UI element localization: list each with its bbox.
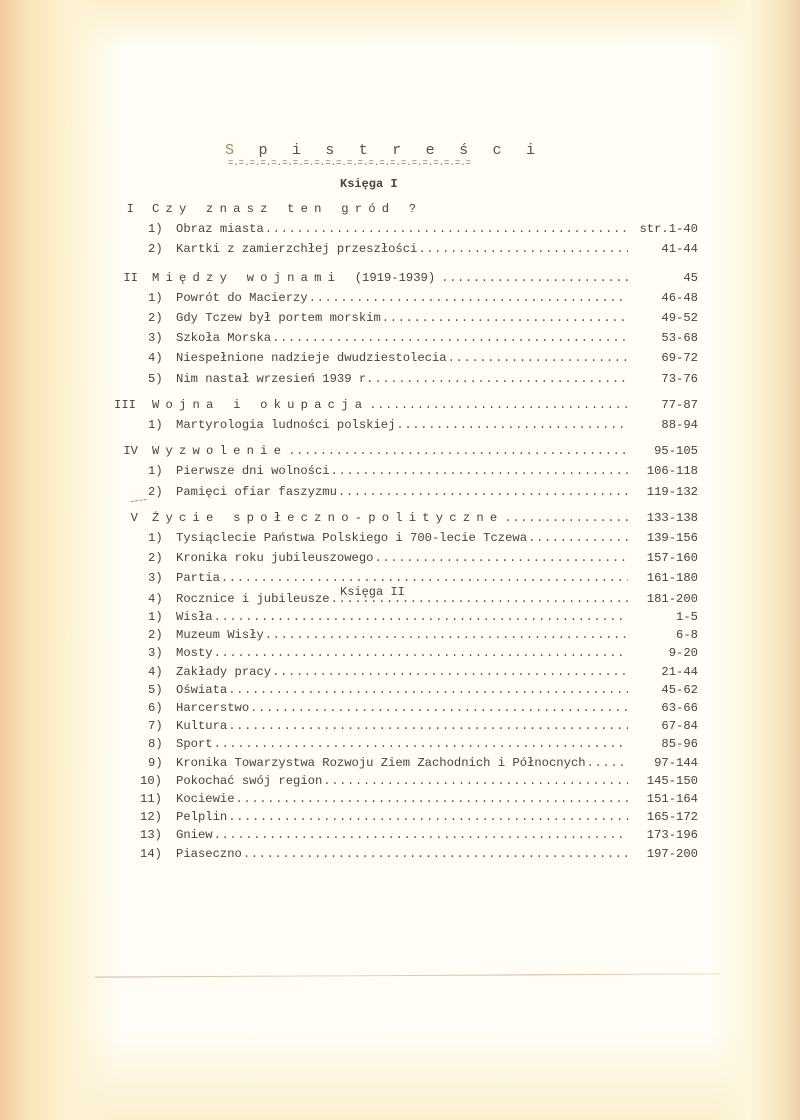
page-range: 106-118 bbox=[647, 462, 698, 480]
document-title: Spistreści bbox=[225, 142, 545, 159]
entry-number: 8) bbox=[148, 735, 163, 753]
page-range: 73-76 bbox=[661, 370, 698, 388]
toc-entry-row: 2)Kronika roku jubileuszowego...........… bbox=[0, 549, 698, 567]
entry-title: Rocznice i jubileusze bbox=[176, 590, 330, 608]
page-range: 1-5 bbox=[676, 608, 698, 626]
title-letter: p bbox=[258, 142, 267, 159]
entry-title: Martyrologia ludności polskiej bbox=[176, 416, 395, 434]
entry-title: Gdy Tczew był portem morskim bbox=[176, 309, 381, 327]
entry-number: 2) bbox=[148, 626, 163, 644]
title-letter: i bbox=[292, 142, 301, 159]
dot-leader: ........................................… bbox=[374, 370, 628, 388]
page-range: 9-20 bbox=[669, 644, 698, 662]
title-underline: =.=.=.=.=.=.=.=.=.=.=.=.=.=.=.=.=.=.=.=.… bbox=[228, 158, 528, 168]
entry-title: Pierwsze dni wolności bbox=[176, 462, 330, 480]
dot-leader: ........................................… bbox=[309, 289, 628, 307]
page-range: 133-138 bbox=[647, 509, 698, 527]
page-range: 197-200 bbox=[647, 845, 698, 863]
entry-title: Kronika roku jubileuszowego bbox=[176, 549, 373, 567]
page-range: 53-68 bbox=[661, 329, 698, 347]
toc-entry-row: 12)Pelplin..............................… bbox=[0, 808, 698, 826]
page-range: 49-52 bbox=[661, 309, 698, 327]
toc-entry-row: 10)Pokochać swój region.................… bbox=[0, 772, 698, 790]
entry-number: 2) bbox=[148, 549, 163, 567]
entry-title: Oświata bbox=[176, 681, 227, 699]
section-title: Wyzwolenie bbox=[152, 442, 287, 460]
section-title: Czy znasz ten gród ? bbox=[152, 200, 422, 218]
entry-number: 14) bbox=[140, 845, 162, 863]
section-roman-numeral: II bbox=[108, 269, 138, 287]
entry-number: 4) bbox=[148, 349, 163, 367]
dot-leader: ........................................… bbox=[448, 349, 628, 367]
entry-title: Niespełnione nadzieje dwudziestolecia bbox=[176, 349, 447, 367]
section-title-suffix: (1919-1939) bbox=[355, 271, 435, 285]
entry-title: Powrót do Macierzy bbox=[176, 289, 308, 307]
dot-leader: ........................................… bbox=[272, 663, 628, 681]
page-range: 165-172 bbox=[647, 808, 698, 826]
entry-title: Partia bbox=[176, 569, 220, 587]
entry-number: 3) bbox=[148, 644, 163, 662]
title-letter: t bbox=[359, 142, 368, 159]
toc-entry-row: 6)Harcerstwo............................… bbox=[0, 699, 698, 717]
entry-number: 13) bbox=[140, 826, 162, 844]
entry-title: Mosty bbox=[176, 644, 213, 662]
entry-title: Wisła bbox=[176, 608, 213, 626]
toc-entry-row: 1)Martyrologia ludności polskiej........… bbox=[0, 416, 698, 434]
dot-leader: ........................................… bbox=[382, 309, 628, 327]
toc-entry-row: 2)Pamięci ofiar faszyzmu................… bbox=[0, 483, 698, 501]
toc-entry-row: 3)Szkoła Morska.........................… bbox=[0, 329, 698, 347]
entry-number: 10) bbox=[140, 772, 162, 790]
toc-entry-row: 14)Piaseczno............................… bbox=[0, 845, 698, 863]
toc-entry-row: 8)Sport.................................… bbox=[0, 735, 698, 753]
page-range: 69-72 bbox=[661, 349, 698, 367]
toc-entry-row: 2)Gdy Tczew był portem morskim..........… bbox=[0, 309, 698, 327]
dot-leader: ........................................… bbox=[587, 754, 628, 772]
dot-leader: ........................................… bbox=[323, 772, 628, 790]
title-letter: ś bbox=[459, 142, 468, 159]
dot-leader: ........................................… bbox=[396, 416, 628, 434]
dot-leader: ........................................… bbox=[221, 569, 628, 587]
page-range: str.1-40 bbox=[639, 220, 698, 238]
dot-leader: ........................................… bbox=[441, 269, 628, 287]
page-range: 119-132 bbox=[647, 483, 698, 501]
dot-leader: ........................................… bbox=[272, 329, 628, 347]
toc-entry-row: 4)Zakłady pracy.........................… bbox=[0, 663, 698, 681]
entry-number: 1) bbox=[148, 462, 163, 480]
entry-number: 3) bbox=[148, 329, 163, 347]
dot-leader: ........................................… bbox=[331, 462, 628, 480]
dot-leader: ........................................… bbox=[369, 396, 628, 414]
section-roman-numeral: I bbox=[104, 200, 134, 218]
dot-leader: ........................................… bbox=[214, 735, 628, 753]
toc-entry-row: 4)Niespełnione nadzieje dwudziestolecia.… bbox=[0, 349, 698, 367]
page-range: 145-150 bbox=[647, 772, 698, 790]
toc-entry-row: 1)Tysiąclecie Państwa Polskiego i 700-le… bbox=[0, 529, 698, 547]
entry-number: 4) bbox=[148, 590, 163, 608]
entry-title: Gniew bbox=[176, 826, 213, 844]
entry-number: 12) bbox=[140, 808, 162, 826]
dot-leader: ........................................… bbox=[250, 699, 628, 717]
page-range: 67-84 bbox=[661, 717, 698, 735]
entry-number: 2) bbox=[148, 309, 163, 327]
page-range: 173-196 bbox=[647, 826, 698, 844]
table-of-contents: Spistreści =.=.=.=.=.=.=.=.=.=.=.=.=.=.=… bbox=[0, 0, 800, 1120]
entry-number: 1) bbox=[148, 289, 163, 307]
section-roman-numeral: IV bbox=[108, 442, 138, 460]
toc-entry-row: 1)Pierwsze dni wolności.................… bbox=[0, 462, 698, 480]
toc-entry-row: 3)Partia................................… bbox=[0, 569, 698, 587]
dot-leader: ........................................… bbox=[265, 220, 628, 238]
title-letter: r bbox=[392, 142, 401, 159]
dot-leader: ........................................… bbox=[528, 529, 628, 547]
title-letter: s bbox=[325, 142, 334, 159]
toc-entry-row: 2)Muzeum Wisły..........................… bbox=[0, 626, 698, 644]
entry-number: 5) bbox=[148, 370, 163, 388]
toc-entry-row: 1)Wisła.................................… bbox=[0, 608, 698, 626]
toc-entry-row: 5)Nim nastał wrzesień 1939 r............… bbox=[0, 370, 698, 388]
entry-title: Harcerstwo bbox=[176, 699, 249, 717]
entry-title: Pamięci ofiar faszyzmu bbox=[176, 483, 337, 501]
entry-number: 4) bbox=[148, 663, 163, 681]
entry-title: Kartki z zamierzchłej przeszłości bbox=[176, 240, 417, 258]
toc-section-row: IIMiędzy wojnami (1919-1939)............… bbox=[0, 269, 698, 287]
entry-title: Zakłady pracy bbox=[176, 663, 271, 681]
page-range: 77-87 bbox=[661, 396, 698, 414]
page-range: 45 bbox=[683, 269, 698, 287]
entry-title: Kultura bbox=[176, 717, 227, 735]
section-roman-numeral: III bbox=[106, 396, 136, 414]
page-range: 181-200 bbox=[647, 590, 698, 608]
entry-number: 3) bbox=[148, 569, 163, 587]
dot-leader: ........................................… bbox=[243, 845, 628, 863]
entry-number: 1) bbox=[148, 529, 163, 547]
section-title: Wojna i okupacja bbox=[152, 396, 368, 414]
dot-leader: ........................................… bbox=[338, 483, 628, 501]
page-range: 41-44 bbox=[661, 240, 698, 258]
dot-leader: ........................................… bbox=[214, 826, 628, 844]
page-range: 45-62 bbox=[661, 681, 698, 699]
page-range: 95-105 bbox=[654, 442, 698, 460]
entry-number: 1) bbox=[148, 608, 163, 626]
page-range: 46-48 bbox=[661, 289, 698, 307]
entry-title: Nim nastał wrzesień 1939 r. bbox=[176, 370, 373, 388]
dot-leader: ........................................… bbox=[228, 717, 628, 735]
page-range: 157-160 bbox=[647, 549, 698, 567]
dot-leader: ........................................… bbox=[228, 681, 628, 699]
page-range: 161-180 bbox=[647, 569, 698, 587]
entry-number: 2) bbox=[148, 240, 163, 258]
entry-number: 5) bbox=[148, 681, 163, 699]
page-range: 88-94 bbox=[661, 416, 698, 434]
entry-number: 11) bbox=[140, 790, 162, 808]
section-roman-numeral: V bbox=[108, 509, 138, 527]
entry-title: Pelplin bbox=[176, 808, 227, 826]
toc-section-row: IVWyzwolenie............................… bbox=[0, 442, 698, 460]
toc-section-row: IIIWojna i okupacja.....................… bbox=[0, 396, 698, 414]
entry-title: Muzeum Wisły bbox=[176, 626, 264, 644]
title-letter: i bbox=[526, 142, 535, 159]
toc-entry-row: 1)Obraz miasta..........................… bbox=[0, 220, 698, 238]
page-range: 6-8 bbox=[676, 626, 698, 644]
entry-number: 1) bbox=[148, 220, 163, 238]
toc-entry-row: 11)Kociewie.............................… bbox=[0, 790, 698, 808]
entry-number: 2) bbox=[148, 483, 163, 501]
dot-leader: ........................................… bbox=[236, 790, 628, 808]
dot-leader: ........................................… bbox=[265, 626, 628, 644]
entry-title: Tysiąclecie Państwa Polskiego i 700-leci… bbox=[176, 529, 527, 547]
entry-number: 6) bbox=[148, 699, 163, 717]
toc-entry-row: 7)Kultura...............................… bbox=[0, 717, 698, 735]
dot-leader: ........................................… bbox=[288, 442, 628, 460]
dot-leader: ........................................… bbox=[214, 608, 628, 626]
title-letter: S bbox=[225, 142, 234, 159]
entry-title: Kronika Towarzystwa Rozwoju Ziem Zachodn… bbox=[176, 754, 586, 772]
entry-title: Piaseczno bbox=[176, 845, 242, 863]
toc-entry-row: 9)Kronika Towarzystwa Rozwoju Ziem Zacho… bbox=[0, 754, 698, 772]
page-range: 97-144 bbox=[654, 754, 698, 772]
book-i-heading: Księga I bbox=[340, 177, 398, 191]
toc-entry-row: 4)Rocznice i jubileusze.................… bbox=[0, 590, 698, 608]
toc-section-row: ICzy znasz ten gród ? bbox=[0, 200, 698, 218]
title-letter: e bbox=[426, 142, 435, 159]
entry-title: Sport bbox=[176, 735, 213, 753]
dot-leader: ........................................… bbox=[418, 240, 628, 258]
dot-leader: ........................................… bbox=[228, 808, 628, 826]
section-title: Między wojnami (1919-1939) bbox=[152, 269, 435, 287]
entry-title: Szkoła Morska bbox=[176, 329, 271, 347]
entry-number: 1) bbox=[148, 416, 163, 434]
entry-title: Pokochać swój region bbox=[176, 772, 322, 790]
entry-title: Obraz miasta bbox=[176, 220, 264, 238]
page-range: 139-156 bbox=[647, 529, 698, 547]
toc-entry-row: 5)Oświata...............................… bbox=[0, 681, 698, 699]
dot-leader: ........................................… bbox=[331, 590, 628, 608]
dot-leader: ........................................… bbox=[214, 644, 628, 662]
entry-number: 9) bbox=[148, 754, 163, 772]
toc-entry-row: 2)Kartki z zamierzchłej przeszłości.....… bbox=[0, 240, 698, 258]
entry-number: 7) bbox=[148, 717, 163, 735]
page-range: 63-66 bbox=[661, 699, 698, 717]
toc-entry-row: 1)Powrót do Macierzy....................… bbox=[0, 289, 698, 307]
page-range: 21-44 bbox=[661, 663, 698, 681]
title-letter: c bbox=[493, 142, 502, 159]
page-range: 85-96 bbox=[661, 735, 698, 753]
dot-leader: ........................................… bbox=[504, 509, 628, 527]
page-range: 151-164 bbox=[647, 790, 698, 808]
dot-leader: ........................................… bbox=[374, 549, 628, 567]
toc-entry-row: 3)Mosty.................................… bbox=[0, 644, 698, 662]
toc-entry-row: 13)Gniew................................… bbox=[0, 826, 698, 844]
toc-section-row: VŻycie społeczno-polityczne.............… bbox=[0, 509, 698, 527]
section-title: Życie społeczno-polityczne bbox=[152, 509, 503, 527]
entry-title: Kociewie bbox=[176, 790, 235, 808]
